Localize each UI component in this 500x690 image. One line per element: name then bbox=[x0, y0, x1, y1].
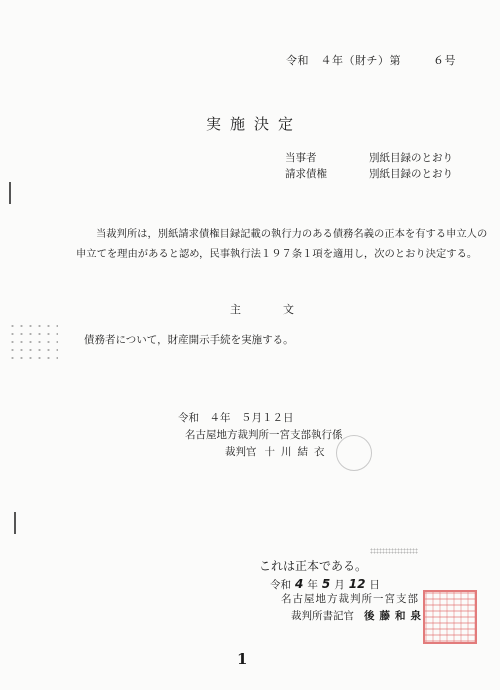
judge-seal-icon bbox=[336, 435, 372, 471]
cert-year: 4 bbox=[295, 577, 303, 591]
main-heading-char-1: 主 bbox=[230, 303, 241, 316]
issuance-court: 名古屋地方裁判所一宮支部執行係 bbox=[185, 427, 343, 442]
certification-court: 名古屋地方裁判所一宮支部 bbox=[281, 591, 419, 606]
document-title: 実施決定 bbox=[206, 113, 302, 134]
certification-statement: これは正本である。 bbox=[259, 557, 367, 574]
binding-mark-bottom bbox=[14, 512, 16, 534]
cert-day-label: 日 bbox=[369, 579, 380, 591]
issuance-date: 令和 ４年 ５月１２日 bbox=[178, 410, 294, 425]
court-seal-stamp-icon bbox=[423, 590, 477, 644]
cert-month-label: 月 bbox=[334, 579, 345, 591]
clerk-signature: 裁判所書記官後藤和泉 bbox=[291, 608, 426, 623]
case-number-prefix: 令和 ４年（財チ）第 bbox=[286, 54, 401, 67]
cert-month: 5 bbox=[322, 577, 330, 591]
case-number: 令和 ４年（財チ）第６号 bbox=[286, 52, 456, 68]
party-row-parties: 当事者別紙目録のとおり bbox=[285, 150, 453, 165]
certification-date: 令和4年5月12日 bbox=[270, 577, 380, 592]
main-heading-char-2: 文 bbox=[283, 303, 294, 316]
cert-era: 令和 bbox=[270, 579, 291, 591]
clerk-title: 裁判所書記官 bbox=[291, 610, 354, 622]
case-number-value: ６号 bbox=[433, 54, 456, 67]
scan-noise bbox=[370, 548, 418, 554]
body-line-2: 申立てを理由があると認め，民事執行法１９７条１項を適用し，次のとおり決定する。 bbox=[76, 244, 488, 264]
claim-label: 請求債権 bbox=[285, 166, 369, 181]
claim-value: 別紙目録のとおり bbox=[369, 168, 453, 180]
party-value: 別紙目録のとおり bbox=[369, 152, 453, 164]
punch-dots bbox=[8, 322, 58, 362]
judge-title: 裁判官 bbox=[225, 446, 257, 458]
cert-day: 12 bbox=[349, 577, 366, 591]
party-row-claim: 請求債権別紙目録のとおり bbox=[285, 166, 453, 181]
party-label: 当事者 bbox=[285, 150, 369, 165]
body-line-1: 当裁判所は，別紙請求債権目録記載の執行力のある債務名義の正本を有する申立人の bbox=[82, 224, 488, 244]
page-number: 1 bbox=[237, 650, 247, 668]
binding-mark-top bbox=[9, 182, 11, 204]
clerk-name: 後藤和泉 bbox=[364, 610, 426, 622]
decision-body: 当裁判所は，別紙請求債権目録記載の執行力のある債務名義の正本を有する申立人の 申… bbox=[68, 224, 488, 264]
judge-name: 十川結衣 bbox=[265, 446, 331, 458]
cert-year-label: 年 bbox=[307, 579, 318, 591]
main-text: 債務者について，財産開示手続を実施する。 bbox=[84, 332, 294, 347]
judge-signature: 裁判官十川結衣 bbox=[225, 444, 331, 459]
main-heading: 主文 bbox=[230, 301, 294, 317]
